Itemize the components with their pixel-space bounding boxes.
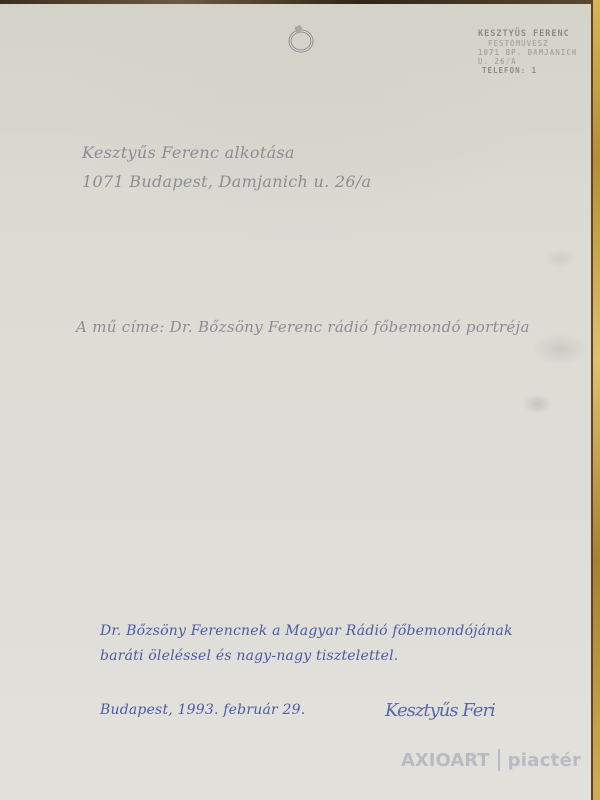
stamp-line: 1071 BP. DAMJANICH: [478, 48, 588, 57]
artist-stamp: KESZTYÜS FERENC FESTŐMŰVÉSZ 1071 BP. DAM…: [478, 30, 588, 75]
dedication-line-2: baráti öleléssel és nagy-nagy tisztelett…: [100, 648, 398, 664]
hanging-ring-icon: [286, 24, 316, 54]
artist-attribution: Kesztyűs Ferenc alkotása: [82, 143, 295, 162]
signature: Kesztyűs Feri: [385, 700, 495, 721]
stamp-line: TELEFON: 1: [478, 66, 588, 75]
stamp-line: FESTŐMŰVÉSZ: [478, 39, 588, 48]
artwork-backing-paper: [0, 4, 591, 800]
watermark-section: piactér: [508, 750, 582, 771]
frame-right-edge: [591, 0, 600, 800]
watermark-brand: AXIOART: [401, 750, 490, 771]
artwork-title: A mű címe: Dr. Bőzsöny Ferenc rádió főbe…: [76, 318, 530, 336]
artist-address: 1071 Budapest, Damjanich u. 26/a: [82, 172, 371, 191]
dedication-date: Budapest, 1993. február 29.: [100, 702, 305, 718]
stamp-line: KESZTYÜS FERENC: [478, 30, 588, 39]
stamp-line: U. 26/A: [478, 57, 588, 66]
watermark-divider: [498, 749, 500, 771]
dedication-line-1: Dr. Bőzsöny Ferencnek a Magyar Rádió főb…: [100, 623, 513, 639]
site-watermark: AXIOART piactér: [401, 749, 581, 771]
